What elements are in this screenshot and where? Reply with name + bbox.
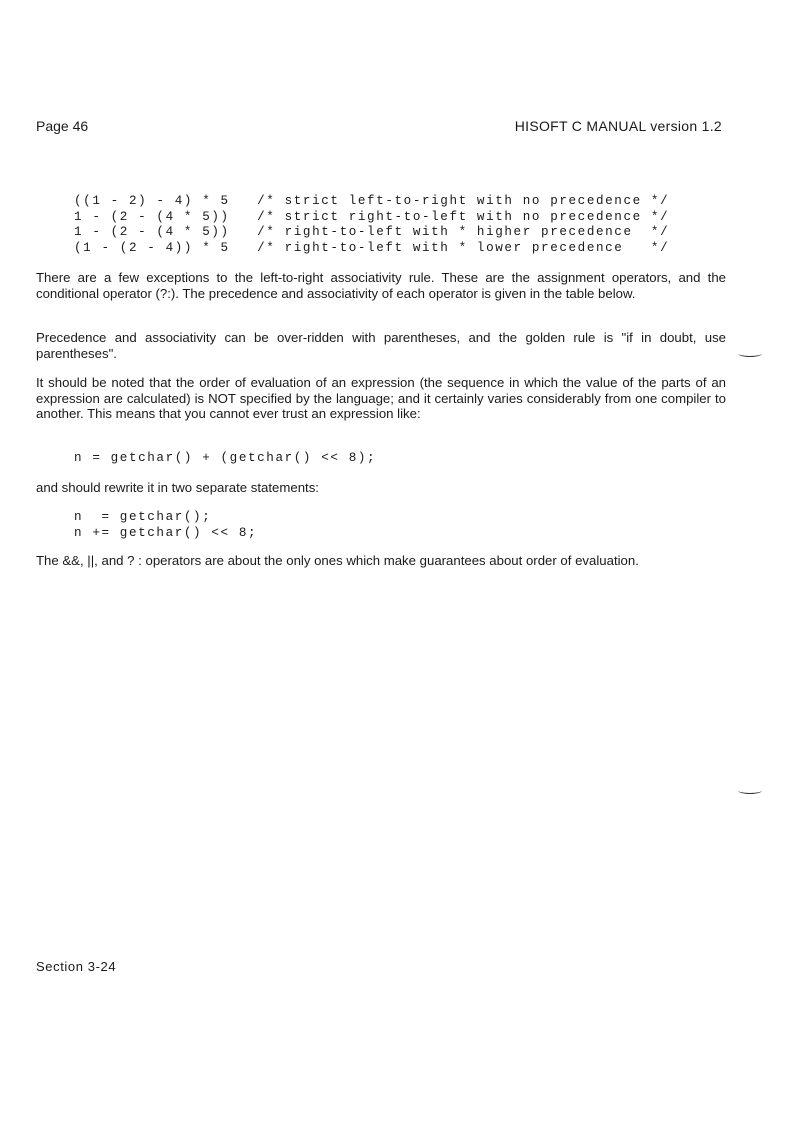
paragraph-rewrite: and should rewrite it in two separate st… <box>36 480 726 496</box>
code-block-associativity: ((1 - 2) - 4) * 5 /* strict left-to-righ… <box>74 194 669 256</box>
paragraph-guarantees: The &&, ||, and ? : operators are about … <box>36 553 726 569</box>
code-block-rewrite: n = getchar();n += getchar() << 8; <box>74 510 257 541</box>
section-footer: Section 3-24 <box>36 959 116 974</box>
code-line: 1 - (2 - (4 * 5)) /* strict right-to-lef… <box>74 210 669 226</box>
scan-artifact-mark <box>738 350 762 357</box>
page-number: Page 46 <box>36 118 88 134</box>
code-line: ((1 - 2) - 4) * 5 /* strict left-to-righ… <box>74 194 669 210</box>
paragraph-golden-rule: Precedence and associativity can be over… <box>36 330 726 361</box>
paragraph-order-of-evaluation: It should be noted that the order of eva… <box>36 375 726 422</box>
manual-title: HISOFT C MANUAL version 1.2 <box>515 118 722 134</box>
code-line: (1 - (2 - 4)) * 5 /* right-to-left with … <box>74 241 669 257</box>
code-block-bad-expression: n = getchar() + (getchar() << 8); <box>74 451 376 467</box>
scan-artifact-mark <box>738 787 762 794</box>
code-line: 1 - (2 - (4 * 5)) /* right-to-left with … <box>74 225 669 241</box>
paragraph-exceptions: There are a few exceptions to the left-t… <box>36 270 726 301</box>
code-line: n += getchar() << 8; <box>74 526 257 542</box>
code-line: n = getchar(); <box>74 510 257 526</box>
